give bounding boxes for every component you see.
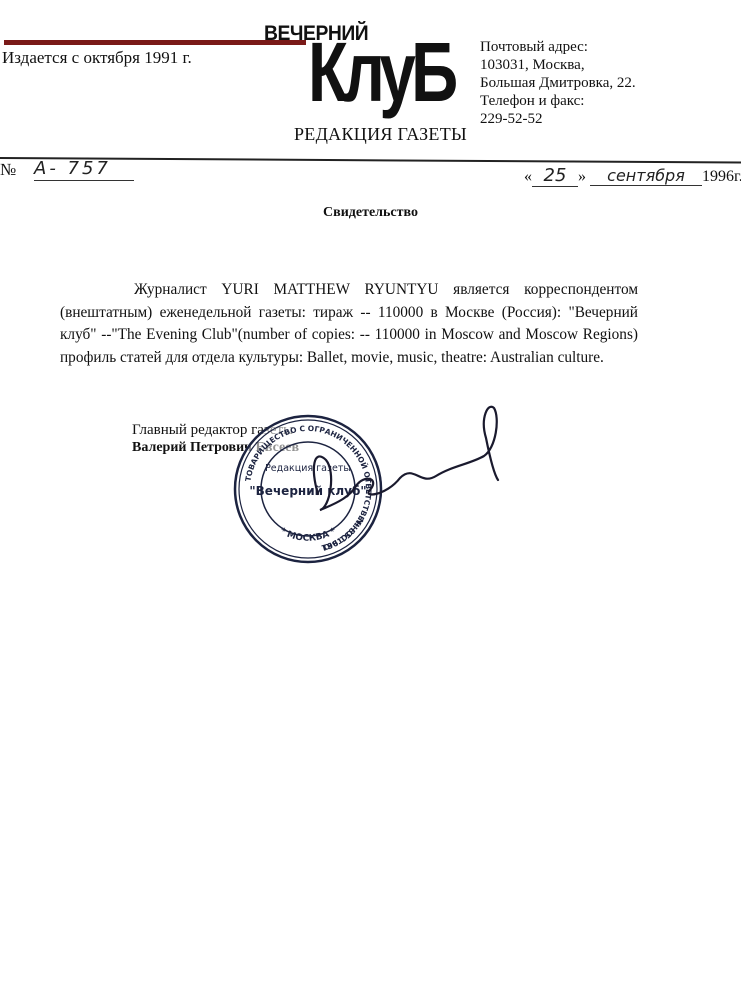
certificate-body: Журналист YURI MATTHEW RYUNTYU является … xyxy=(60,279,638,369)
address-line: 103031, Москва, xyxy=(480,56,636,74)
date-open-quote: « xyxy=(524,168,532,185)
editorial-office-heading: РЕДАКЦИЯ ГАЗЕТЫ xyxy=(294,124,467,145)
date-year: 1996г. xyxy=(702,168,741,185)
number-sign: № xyxy=(0,160,16,180)
document-date: «25» сентября1996г. xyxy=(524,165,741,187)
address-line: Телефон и факс: xyxy=(480,92,636,110)
address-line: Большая Дмитровка, 22. xyxy=(480,74,636,92)
header-red-rule xyxy=(4,40,306,45)
published-since: Издается с октября 1991 г. xyxy=(2,48,192,68)
document-number: А- 757 xyxy=(34,158,134,181)
address-line: Почтовый адрес: xyxy=(480,38,636,56)
date-day: 25 xyxy=(532,165,578,187)
handwritten-signature-icon xyxy=(290,398,510,528)
address-line: 229-52-52 xyxy=(480,110,636,128)
document-title: Свидетельство xyxy=(0,205,741,221)
postal-address: Почтовый адрес: 103031, Москва, Большая … xyxy=(480,38,636,128)
date-month: сентября xyxy=(590,166,702,186)
date-close-quote: » xyxy=(578,168,586,185)
logo-wordmark-main: КлуБ xyxy=(308,30,454,114)
